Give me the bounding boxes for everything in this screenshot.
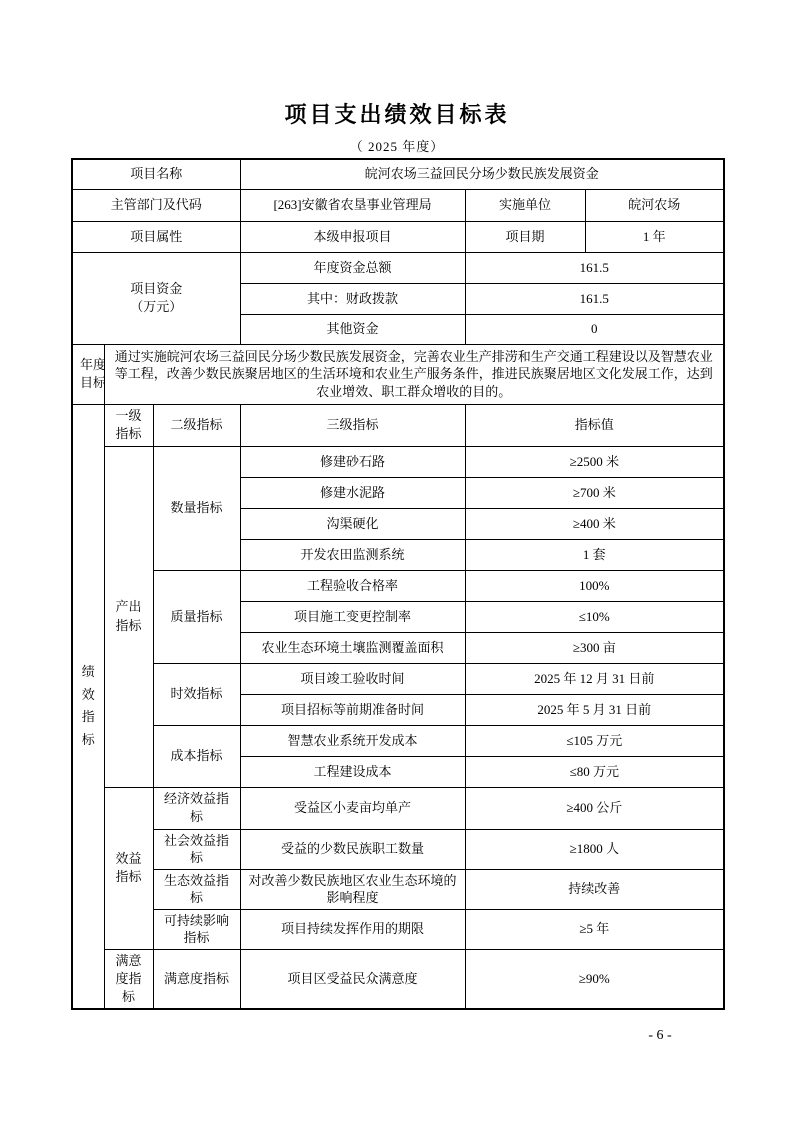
indicator-value: ≥400 公斤 <box>465 787 724 829</box>
funds-fiscal-value: 161.5 <box>465 283 724 314</box>
l2-social: 社会效益指标 <box>153 829 240 869</box>
table-row: 可持续影响指标 项目持续发挥作用的期限 ≥5 年 <box>72 909 724 949</box>
indicator-value: ≤10% <box>465 601 724 632</box>
indicator-name: 对改善少数民族地区农业生态环境的影响程度 <box>240 869 465 909</box>
indicator-value: 100% <box>465 570 724 601</box>
header-l2: 二级指标 <box>153 404 240 446</box>
l1-benefit: 效益指标 <box>104 787 153 949</box>
project-name-label: 项目名称 <box>72 159 240 189</box>
l2-quantity: 数量指标 <box>153 446 240 570</box>
funds-other-value: 0 <box>465 314 724 344</box>
indicator-name: 受益的少数民族职工数量 <box>240 829 465 869</box>
table-row: 产出指标 数量指标 修建砂石路 ≥2500 米 <box>72 446 724 477</box>
indicator-value: ≥700 米 <box>465 477 724 508</box>
indicator-value: 2025 年 5 月 31 日前 <box>465 694 724 725</box>
performance-side-label: 绩效指标 <box>72 404 104 1009</box>
indicator-name: 开发农田监测系统 <box>240 539 465 570</box>
l2-sustainability: 可持续影响指标 <box>153 909 240 949</box>
table-row: 质量指标 工程验收合格率 100% <box>72 570 724 601</box>
indicator-name: 农业生态环境土壤监测覆盖面积 <box>240 632 465 663</box>
indicator-name: 项目区受益民众满意度 <box>240 949 465 1009</box>
l2-ecological: 生态效益指标 <box>153 869 240 909</box>
l2-satisfaction: 满意度指标 <box>153 949 240 1009</box>
indicator-name: 项目招标等前期准备时间 <box>240 694 465 725</box>
indicator-name: 工程建设成本 <box>240 756 465 787</box>
period-label: 项目期 <box>465 221 585 252</box>
l2-cost: 成本指标 <box>153 725 240 787</box>
indicator-value: ≥400 米 <box>465 508 724 539</box>
funds-fiscal-label: 其中：财政拨款 <box>240 283 465 314</box>
indicator-value: ≥300 亩 <box>465 632 724 663</box>
table-row: 主管部门及代码 [263]安徽省农垦事业管理局 实施单位 皖河农场 <box>72 189 724 221</box>
indicator-value: ≤80 万元 <box>465 756 724 787</box>
table-row: 时效指标 项目竣工验收时间 2025 年 12 月 31 日前 <box>72 663 724 694</box>
l1-satisfaction-text: 满意度指标 <box>115 952 143 1007</box>
attr-label: 项目属性 <box>72 221 240 252</box>
funds-label: 项目资金 （万元） <box>72 252 240 344</box>
indicator-name: 修建水泥路 <box>240 477 465 508</box>
dept-value: [263]安徽省农垦事业管理局 <box>240 189 465 221</box>
header-l3: 三级指标 <box>240 404 465 446</box>
table-row: 社会效益指标 受益的少数民族职工数量 ≥1800 人 <box>72 829 724 869</box>
header-value: 指标值 <box>465 404 724 446</box>
funds-total-value: 161.5 <box>465 252 724 283</box>
indicator-value: ≥90% <box>465 949 724 1009</box>
annual-goal-label-text: 年度目标 <box>79 356 104 392</box>
l1-output: 产出指标 <box>104 446 153 787</box>
page-subtitle: （ 2025 年度） <box>0 136 794 155</box>
page-title: 项目支出绩效目标表 <box>0 98 794 129</box>
indicator-name: 工程验收合格率 <box>240 570 465 601</box>
table-row: 项目名称 皖河农场三益回民分场少数民族发展资金 <box>72 159 724 189</box>
attr-value: 本级申报项目 <box>240 221 465 252</box>
page-number: - 6 - <box>630 1028 690 1044</box>
indicator-value: ≥1800 人 <box>465 829 724 869</box>
indicator-name: 修建砂石路 <box>240 446 465 477</box>
dept-label: 主管部门及代码 <box>72 189 240 221</box>
performance-side-label-text: 绩效指标 <box>81 661 95 752</box>
annual-goal-text: 通过实施皖河农场三益回民分场少数民族发展资金，完善农业生产排涝和生产交通工程建设… <box>104 344 724 404</box>
indicator-name: 智慧农业系统开发成本 <box>240 725 465 756</box>
table-row: 绩效指标 一级指标 二级指标 三级指标 指标值 <box>72 404 724 446</box>
annual-goal-label: 年度目标 <box>72 344 104 404</box>
period-value: 1 年 <box>585 221 724 252</box>
header-l1: 一级指标 <box>104 404 153 446</box>
l1-satisfaction: 满意度指标 <box>104 949 153 1009</box>
table-row: 项目属性 本级申报项目 项目期 1 年 <box>72 221 724 252</box>
indicator-value: 1 套 <box>465 539 724 570</box>
table-row: 满意度指标 满意度指标 项目区受益民众满意度 ≥90% <box>72 949 724 1009</box>
indicator-name: 项目持续发挥作用的期限 <box>240 909 465 949</box>
table-row: 成本指标 智慧农业系统开发成本 ≤105 万元 <box>72 725 724 756</box>
indicator-value: ≤105 万元 <box>465 725 724 756</box>
table-row: 生态效益指标 对改善少数民族地区农业生态环境的影响程度 持续改善 <box>72 869 724 909</box>
document-page: 项目支出绩效目标表 （ 2025 年度） 项目名称 皖河农场三益回民分场少数民族… <box>0 0 794 1123</box>
indicator-value: 2025 年 12 月 31 日前 <box>465 663 724 694</box>
l2-quality: 质量指标 <box>153 570 240 663</box>
indicator-name: 项目施工变更控制率 <box>240 601 465 632</box>
l1-output-text: 产出指标 <box>115 598 143 634</box>
indicator-name: 受益区小麦亩均单产 <box>240 787 465 829</box>
table-row: 项目资金 （万元） 年度资金总额 161.5 <box>72 252 724 283</box>
l1-benefit-text: 效益指标 <box>115 850 143 886</box>
project-name-value: 皖河农场三益回民分场少数民族发展资金 <box>240 159 724 189</box>
indicator-name: 项目竣工验收时间 <box>240 663 465 694</box>
indicator-value: 持续改善 <box>465 869 724 909</box>
funds-other-label: 其他资金 <box>240 314 465 344</box>
impl-unit-value: 皖河农场 <box>585 189 724 221</box>
performance-target-table: 项目名称 皖河农场三益回民分场少数民族发展资金 主管部门及代码 [263]安徽省… <box>71 158 725 1010</box>
indicator-value: ≥2500 米 <box>465 446 724 477</box>
table-row: 年度目标 通过实施皖河农场三益回民分场少数民族发展资金，完善农业生产排涝和生产交… <box>72 344 724 404</box>
indicator-name: 沟渠硬化 <box>240 508 465 539</box>
l2-timeliness: 时效指标 <box>153 663 240 725</box>
l2-economic: 经济效益指标 <box>153 787 240 829</box>
impl-unit-label: 实施单位 <box>465 189 585 221</box>
indicator-value: ≥5 年 <box>465 909 724 949</box>
table-row: 效益指标 经济效益指标 受益区小麦亩均单产 ≥400 公斤 <box>72 787 724 829</box>
funds-total-label: 年度资金总额 <box>240 252 465 283</box>
header-l1-text: 一级指标 <box>115 407 143 443</box>
